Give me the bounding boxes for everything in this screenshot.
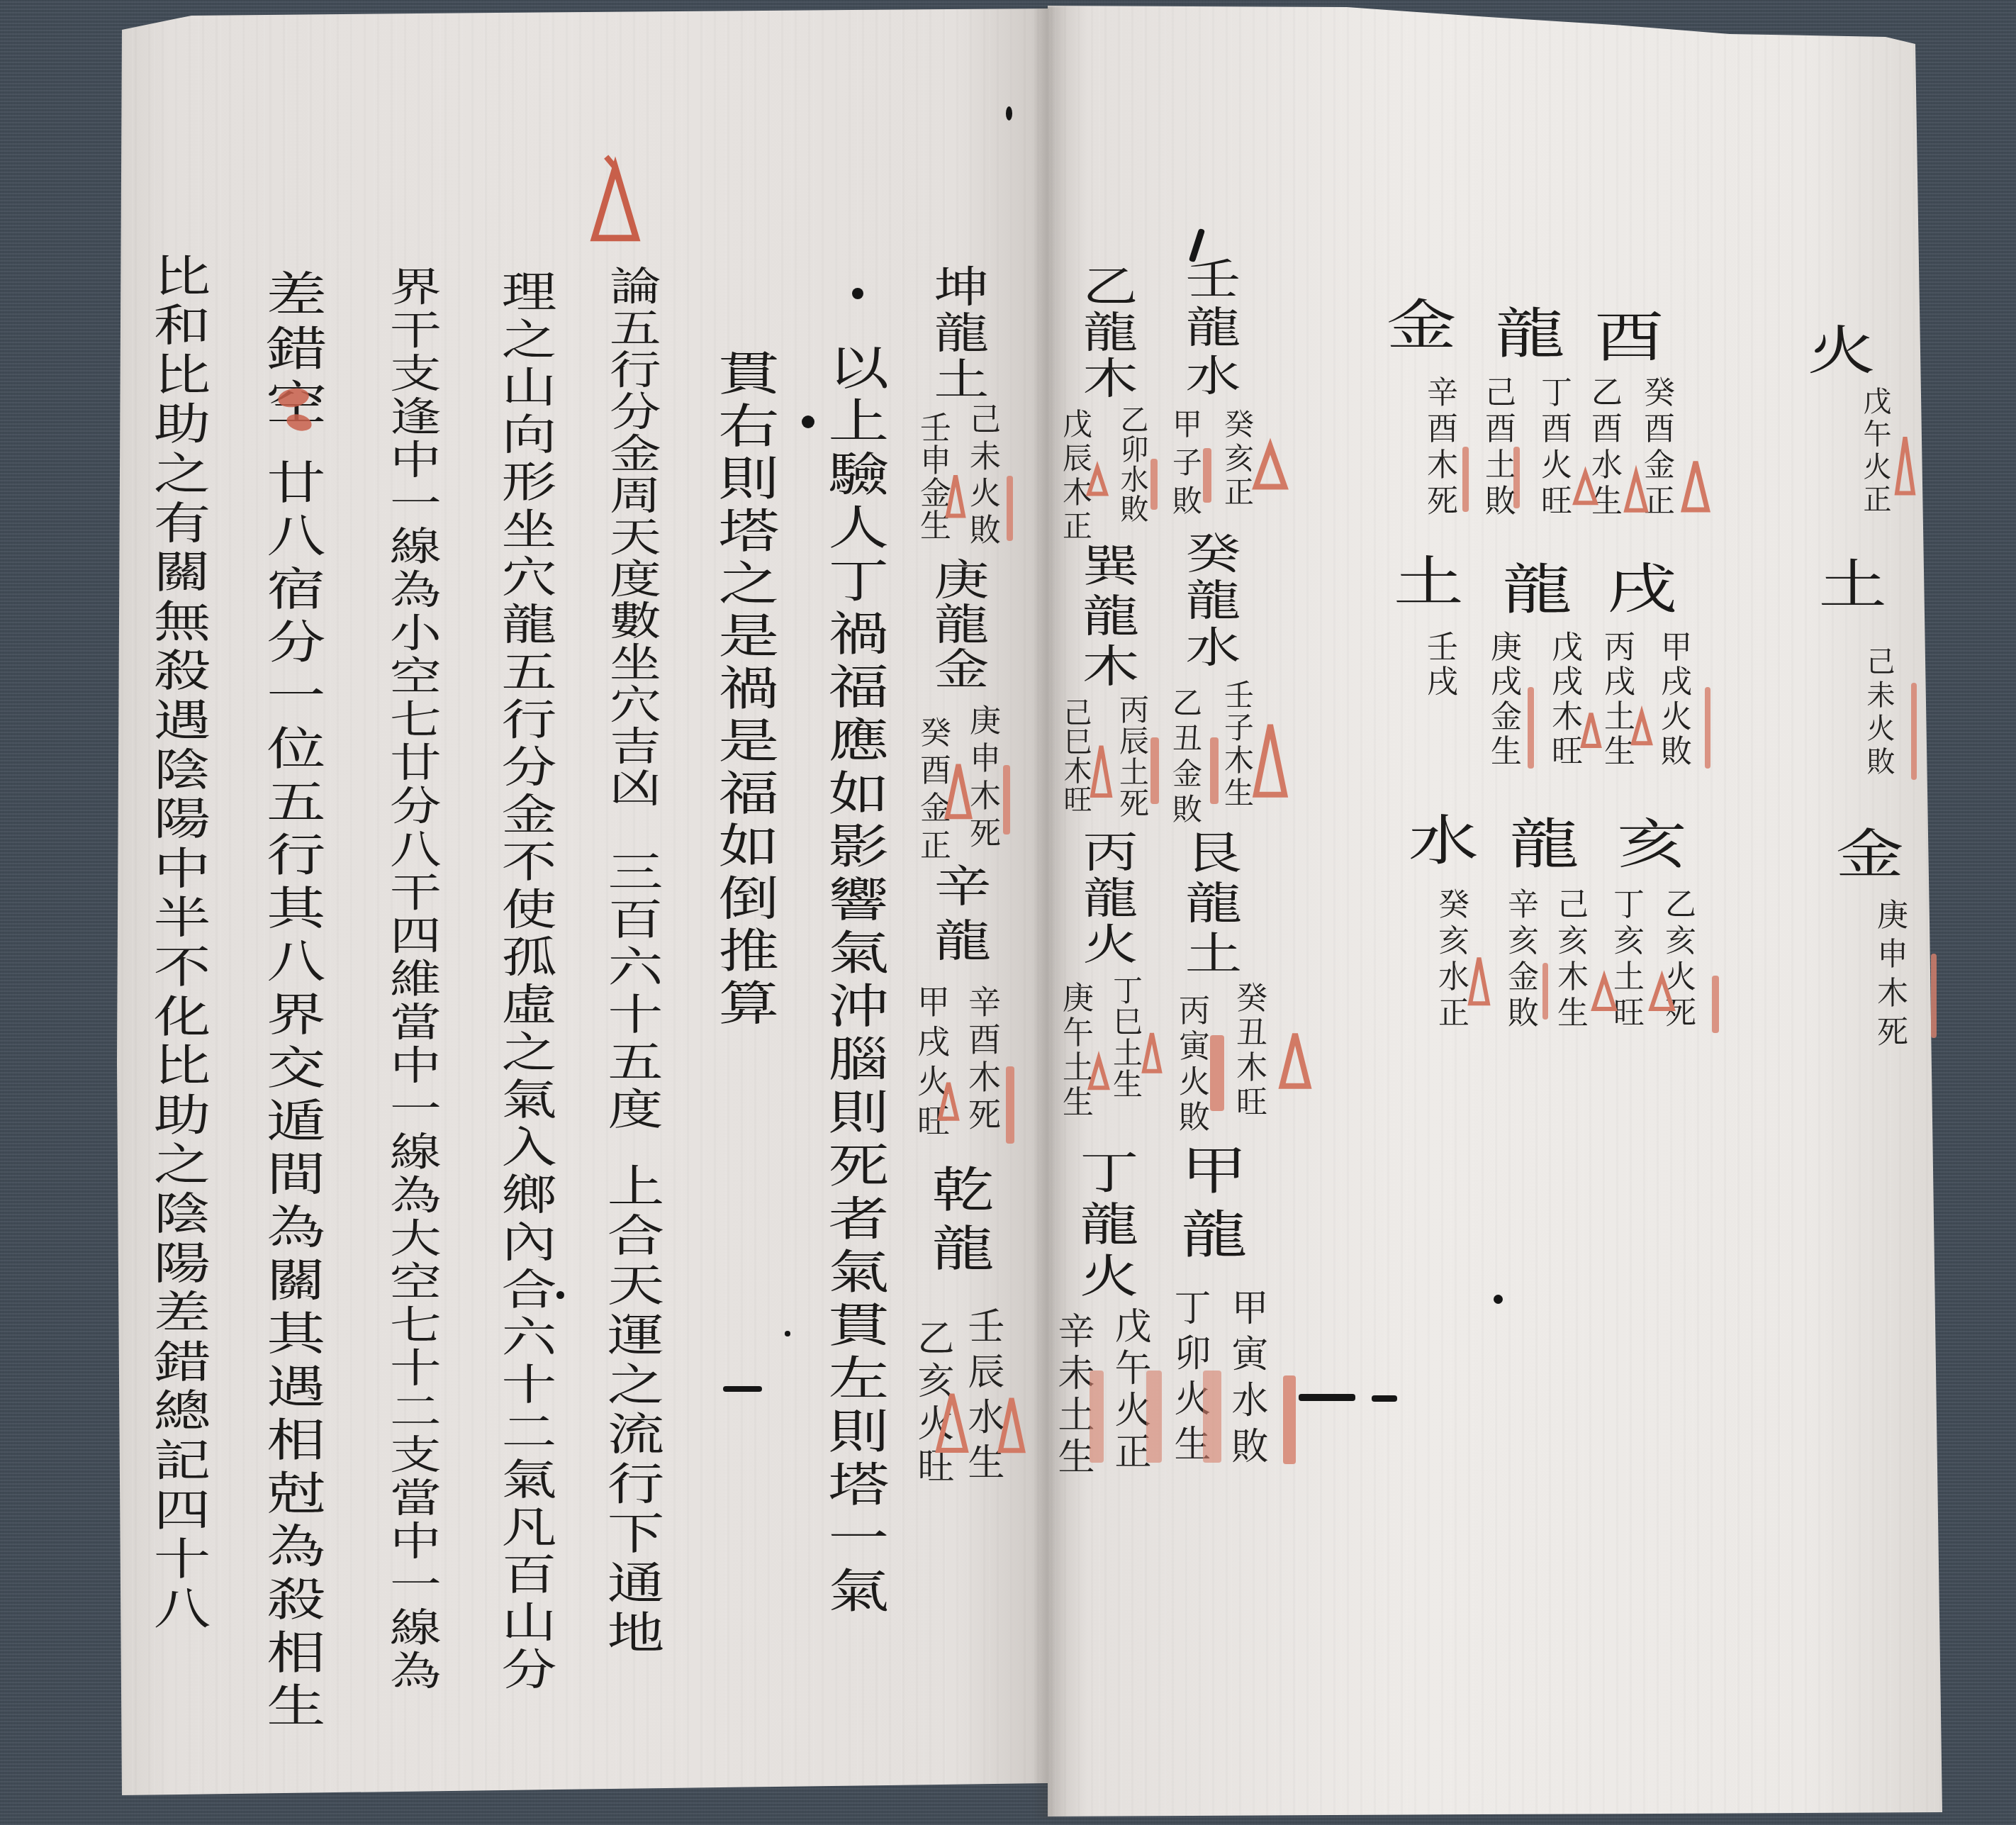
branch-entry: 丁酉火旺 xyxy=(1538,376,1569,520)
dragon-main: 乙龍木 xyxy=(1078,264,1133,402)
dragon-main: 坤龍土 xyxy=(929,264,985,403)
text-column-1: 以上驗人丁禍福應如影響氣沖腦則死者氣貫左則塔一氣 xyxy=(822,343,883,1619)
red-bracket-mark xyxy=(1203,448,1211,503)
text-column-4: 理之山向形坐穴龍五行分金不使孤虛之氣入鄉內合六十二氣凡百山分 xyxy=(497,269,552,1695)
dragon-sub-right: 癸丑木旺 xyxy=(1233,981,1264,1120)
text-column-5: 界干支逢中一線為小空七廿分八干四維當中一線為大空七十二支當中一線為 xyxy=(386,266,437,1693)
dragon-sub-left: 丁卯火生 xyxy=(1170,1288,1207,1470)
element-heading: 火 xyxy=(1802,323,1870,375)
dragon-sub-right: 乙卯水敗 xyxy=(1118,405,1146,524)
red-bracket-mark xyxy=(1006,1066,1014,1144)
red-triangle-mark-icon xyxy=(1469,956,1489,1005)
dragon-sub-left: 癸酉金正 xyxy=(917,716,948,866)
branch-heading: 酉 xyxy=(1589,308,1659,362)
red-bracket-mark xyxy=(1283,1375,1296,1464)
dragon-heading: 龍 xyxy=(1489,305,1559,359)
text-column-7: 比和比助之有關無殺遇陰陽中半不化比助之陰陽差錯總記四十八 xyxy=(149,253,206,1635)
dragon-main: 庚龍金 xyxy=(929,557,985,691)
dragon-sub-right: 壬子木生 xyxy=(1222,679,1252,810)
section-heading: 論五行分金周天度數坐穴吉凶 xyxy=(605,265,657,809)
red-bracket-mark xyxy=(1705,687,1710,769)
dragon-sub-right: 戊午火正 xyxy=(1111,1307,1148,1474)
dragon-sub-right: 辛酉木死 xyxy=(966,985,999,1135)
red-triangle-mark-icon xyxy=(1896,435,1914,496)
red-bracket-mark xyxy=(1203,1371,1221,1463)
red-bracket-mark xyxy=(1210,1035,1224,1111)
dragon-main: 巽龍木 xyxy=(1077,542,1135,693)
dragon-sub-left: 戊辰木正 xyxy=(1060,408,1090,545)
element-heading: 土 xyxy=(1813,557,1881,609)
book-spine-shadow xyxy=(1031,7,1067,1819)
red-triangle-mark-icon xyxy=(1650,976,1674,1010)
red-bracket-mark xyxy=(1528,687,1534,769)
red-bracket-mark xyxy=(1090,1371,1104,1463)
element-heading: 土 xyxy=(1388,553,1458,607)
element-entry: 己未火敗 xyxy=(1864,647,1893,780)
dragon-sub-right: 癸亥正 xyxy=(1222,408,1252,510)
dragon-sub-left: 丙寅火敗 xyxy=(1175,994,1206,1136)
element-entry: 庚申木死 xyxy=(1874,898,1905,1054)
red-triangle-mark-icon xyxy=(937,1392,967,1453)
element-heading: 金 xyxy=(1381,296,1451,350)
red-triangle-mark-icon xyxy=(1281,1032,1309,1088)
red-bracket-mark xyxy=(1462,447,1469,512)
red-triangle-mark-icon xyxy=(1633,712,1651,744)
branch-entry: 己亥木生 xyxy=(1554,888,1585,1032)
text-column-2: 貫右則塔之是禍是福如倒推算 xyxy=(712,349,773,1031)
ink-dot xyxy=(1006,106,1012,121)
red-bracket-mark xyxy=(1150,459,1158,510)
dragon-sub-right: 丙辰土死 xyxy=(1117,694,1147,819)
element-heading: 金 xyxy=(1830,826,1898,878)
dragon-main: 丙龍火 xyxy=(1078,830,1133,968)
red-triangle-mark-icon xyxy=(1625,471,1647,512)
red-triangle-mark-icon xyxy=(1593,976,1615,1010)
red-triangle-mark-icon xyxy=(1683,459,1708,512)
dragon-main: 甲龍 xyxy=(1175,1144,1242,1271)
dragon-sub-right: 甲寅水敗 xyxy=(1228,1288,1265,1473)
dragon-sub-left: 甲子敗 xyxy=(1170,408,1200,523)
red-triangle-mark-icon xyxy=(999,1396,1024,1453)
dragon-heading: 龍 xyxy=(1496,561,1567,615)
dragon-sub-right: 庚申木死 xyxy=(966,704,997,854)
red-bracket-mark xyxy=(1003,765,1010,835)
red-bracket-mark xyxy=(1007,476,1013,541)
branch-entry: 庚戌金生 xyxy=(1487,630,1518,769)
dragon-sub-right: 己未火敗 xyxy=(966,403,997,550)
dragon-sub-right: 丁巳土生 xyxy=(1111,975,1141,1100)
ink-dot xyxy=(1494,1295,1503,1304)
red-bracket-mark xyxy=(1513,447,1520,508)
red-triangle-mark-icon xyxy=(1092,744,1111,798)
branch-entry: 丙戌土生 xyxy=(1601,630,1632,769)
red-triangle-mark-icon xyxy=(1090,1057,1108,1089)
red-triangle-mark-icon xyxy=(939,1081,958,1120)
red-triangle-mark-icon xyxy=(1143,1032,1160,1073)
dragon-main: 壬龍水 xyxy=(1181,257,1236,401)
branch-heading: 亥 xyxy=(1611,815,1681,869)
dragon-sub-right: 壬辰水生 xyxy=(964,1307,1001,1488)
dragon-sub-left: 乙丑金敗 xyxy=(1170,687,1200,829)
red-bracket-mark xyxy=(1931,954,1937,1038)
branch-entry: 己酉土敗 xyxy=(1482,376,1513,520)
red-triangle-mark-icon xyxy=(593,164,638,241)
dragon-main: 艮龍土 xyxy=(1180,830,1238,981)
dragon-main: 癸龍水 xyxy=(1181,531,1236,671)
degree-count: 三百六十五度 xyxy=(603,849,659,1134)
element-heading: 水 xyxy=(1403,812,1473,866)
text-column-3: 上合天運之流行下通地 xyxy=(603,1163,660,1659)
branch-heading: 戌 xyxy=(1601,560,1671,614)
ink-dot xyxy=(852,288,863,299)
ink-dash-stroke xyxy=(723,1386,762,1392)
red-triangle-mark-icon xyxy=(1255,445,1286,489)
ink-dot xyxy=(802,415,814,428)
dragon-main: 辛龍 xyxy=(929,863,987,972)
dragon-sub-left: 己巳木旺 xyxy=(1061,698,1090,814)
element-entry: 戊午火正 xyxy=(1861,386,1889,517)
branch-entry: 壬戌 xyxy=(1423,630,1455,700)
red-bracket-mark xyxy=(1146,1371,1162,1463)
red-triangle-mark-icon xyxy=(1582,712,1600,747)
branch-entry: 戊戌木旺 xyxy=(1548,630,1579,769)
ink-dash-stroke xyxy=(1372,1395,1397,1402)
red-bracket-mark xyxy=(1210,737,1219,804)
red-triangle-mark-icon xyxy=(1088,467,1107,495)
ink-dot xyxy=(556,1291,564,1299)
text-column-6b: 廿八宿分一位五行其八界交遁間為關其遇相尅為殺相生 xyxy=(261,459,320,1735)
ink-dot xyxy=(785,1331,790,1336)
red-triangle-mark-icon xyxy=(1255,722,1286,798)
branch-entry: 癸亥水正 xyxy=(1435,888,1466,1032)
dragon-main: 丁龍火 xyxy=(1074,1149,1133,1304)
red-bracket-mark xyxy=(1150,737,1159,804)
red-bracket-mark xyxy=(1911,683,1917,780)
dragon-sub-left: 壬申金生 xyxy=(917,411,948,542)
branch-entry: 辛酉木死 xyxy=(1423,376,1455,520)
dragon-main: 乾龍 xyxy=(926,1164,988,1282)
branch-entry: 甲戌火敗 xyxy=(1657,630,1689,769)
dragon-heading: 龍 xyxy=(1503,815,1574,869)
text-column-6a: 差錯空 xyxy=(260,269,321,433)
ink-dash-stroke xyxy=(1299,1394,1355,1401)
dragon-sub-left: 庚午土生 xyxy=(1059,981,1090,1120)
dragon-sub-left: 辛未土生 xyxy=(1054,1312,1091,1479)
red-triangle-mark-icon xyxy=(947,474,964,518)
red-triangle-mark-icon xyxy=(1574,471,1596,504)
red-bracket-mark xyxy=(1712,976,1719,1033)
red-triangle-mark-icon xyxy=(946,762,970,819)
red-bracket-mark xyxy=(1542,963,1548,1020)
branch-entry: 辛亥金敗 xyxy=(1504,888,1535,1032)
